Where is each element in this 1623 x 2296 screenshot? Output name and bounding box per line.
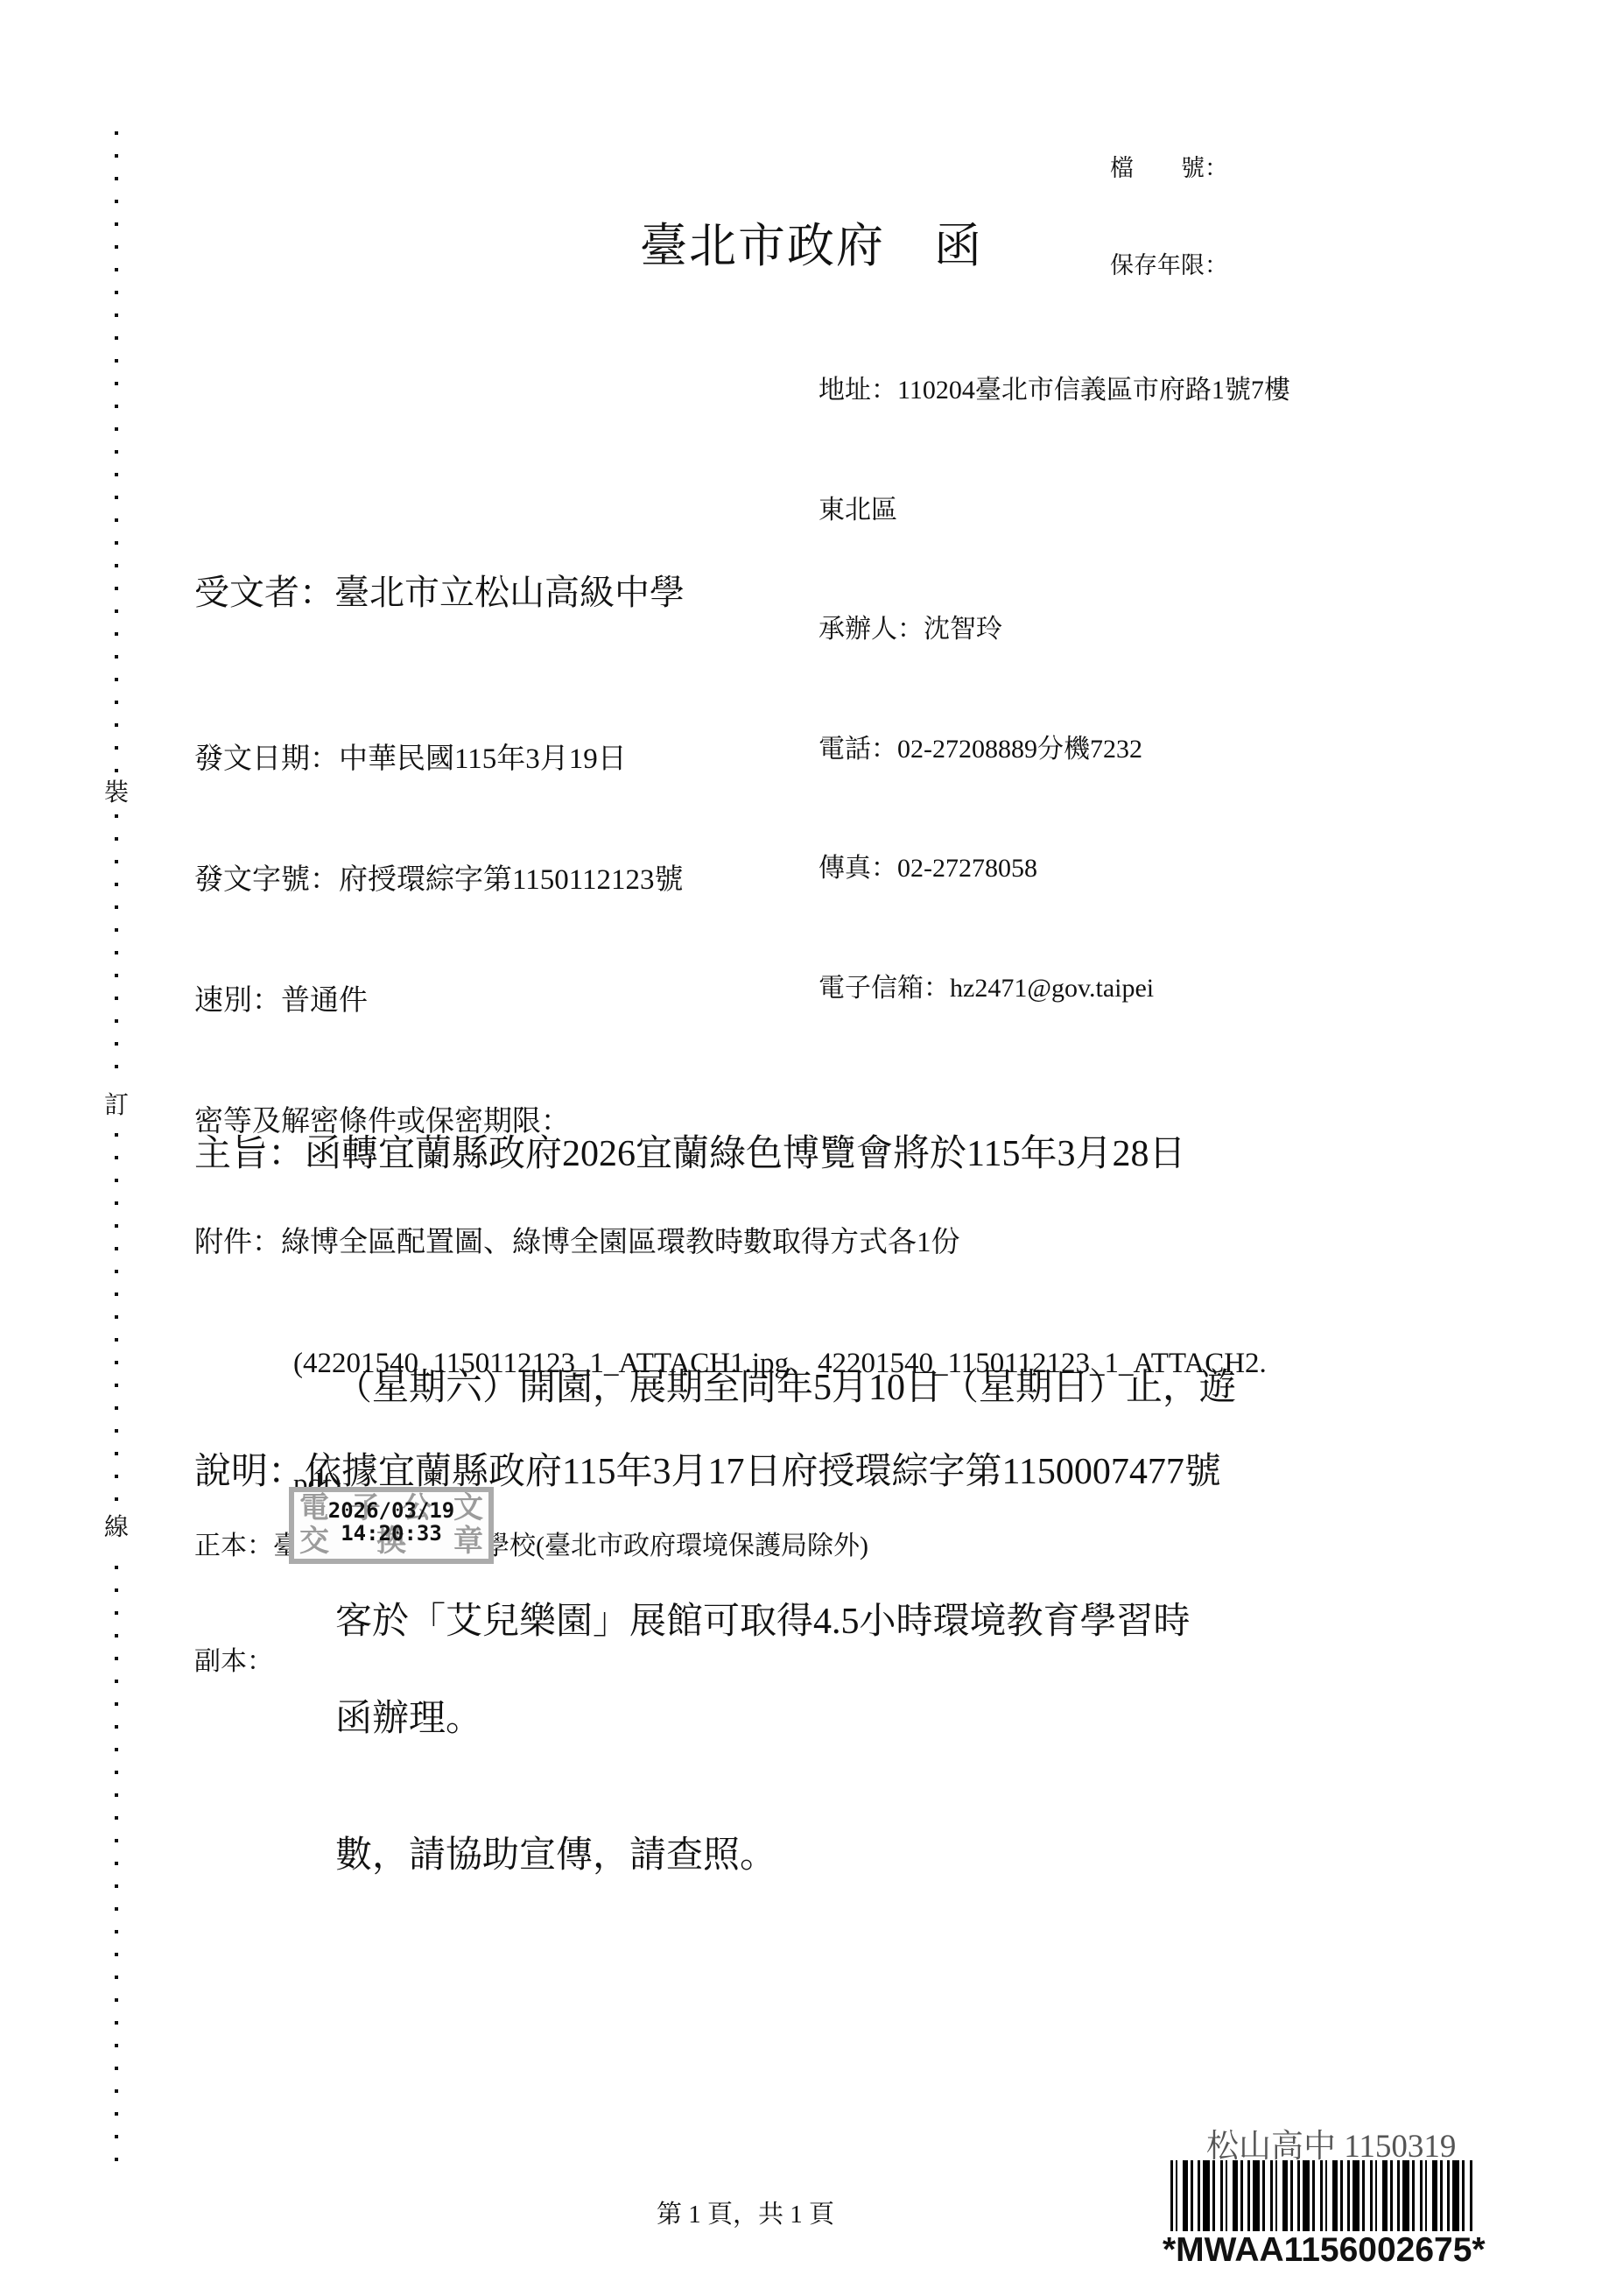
electronic-exchange-stamp: 電子公文 交換章 2026/03/19 14:20:33 xyxy=(289,1487,494,1564)
binding-mark-ding: 訂 xyxy=(100,1087,133,1125)
stamp-datetime: 2026/03/19 14:20:33 xyxy=(294,1499,488,1545)
cc-label: 副本： xyxy=(194,1643,868,1681)
binding-mark-xian: 線 xyxy=(100,1509,133,1547)
sender-address-line1: 地址：110204臺北市信義區市府路1號7樓 xyxy=(819,370,1290,411)
sender-address-line2: 東北區 xyxy=(819,490,1290,531)
sender-contact: 承辦人：沈智玲 xyxy=(819,609,1290,650)
file-number-label: 檔 號： xyxy=(1110,152,1228,185)
recipient-line: 受文者：臺北市立松山高級中學 xyxy=(194,565,685,615)
page-footer: 第 1 頁，共 1 頁 xyxy=(657,2194,834,2230)
binding-mark-zhuang: 裝 xyxy=(100,774,133,813)
stamp-date: 2026/03/19 xyxy=(294,1499,488,1522)
official-letter-page: 裝 訂 線 檔 號： 保存年限： 臺北市政府 函 地址：110204臺北市信義區… xyxy=(0,0,1623,2296)
doc-ref: 松山高中 1150319 xyxy=(1206,2119,1456,2166)
issue-number: 發文字號：府授環綜字第1150112123號 xyxy=(194,860,1267,900)
binding-dotted-line xyxy=(115,131,118,2180)
stamp-time: 14:20:33 xyxy=(294,1522,488,1545)
issue-date: 發文日期：中華民國115年3月19日 xyxy=(194,739,1267,779)
subject-line-1: 主旨：函轉宜蘭縣政府2026宜蘭綠色博覽會將於115年3月28日 xyxy=(194,1116,1236,1194)
document-title: 臺北市政府 函 xyxy=(0,208,1623,276)
barcode xyxy=(1170,2160,1472,2231)
barcode-code: *MWAA1156002675* xyxy=(1163,2231,1480,2270)
